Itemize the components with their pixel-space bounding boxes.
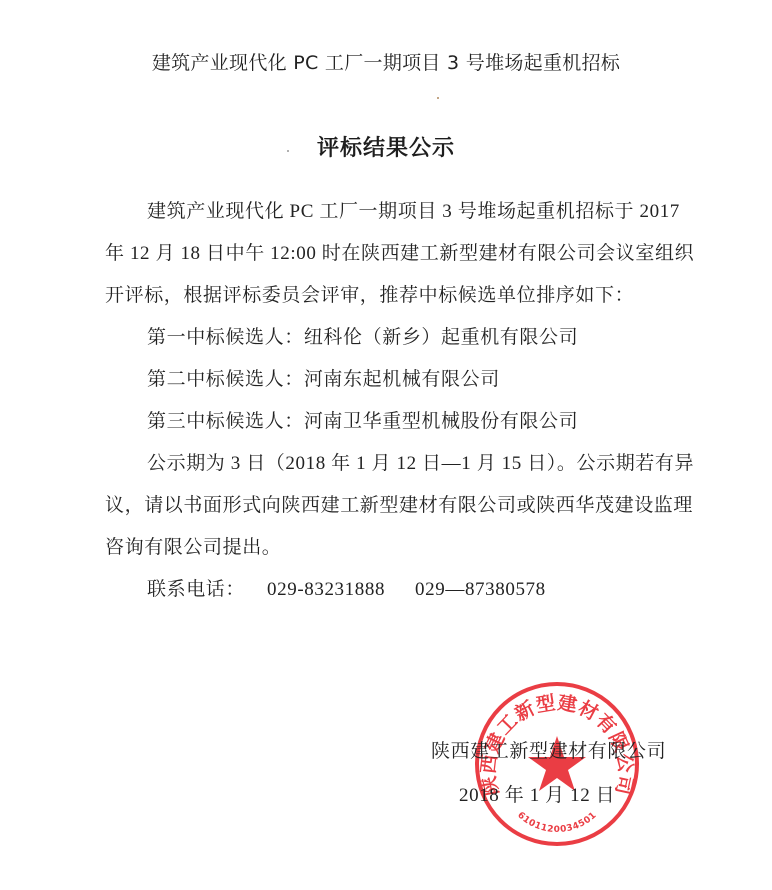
signature-date: 2018 年 1 月 12 日: [459, 780, 615, 807]
contact-phone-1: 029-83231888: [267, 579, 385, 600]
candidate-rank-label: 第三中标候选人：: [147, 411, 304, 432]
candidate-name: 河南东起机械有限公司: [304, 369, 500, 390]
candidate-3: 第三中标候选人：河南卫华重型机械股份有限公司: [147, 410, 578, 434]
document-heading: 评标结果公示: [0, 131, 772, 162]
svg-text:6101120034501: 6101120034501: [515, 810, 599, 835]
notice-line-1: 公示期为 3 日（2018 年 1 月 12 日—1 月 15 日）。公示期若有…: [147, 452, 694, 476]
company-seal-icon: 陕西建工新型建材有限公司 6101120034501: [471, 678, 643, 850]
intro-line-2: 年 12 月 18 日中午 12:00 时在陕西建工新型建材有限公司会议室组织: [105, 242, 694, 266]
intro-line-1: 建筑产业现代化 PC 工厂一期项目 3 号堆场起重机招标于 2017: [147, 200, 680, 224]
scan-speck: [437, 97, 439, 99]
contact-line: 联系电话：029-83231888029—87380578: [147, 578, 546, 602]
notice-line-2: 议，请以书面形式向陕西建工新型建材有限公司或陕西华茂建设监理: [105, 494, 693, 518]
candidate-name: 纽科伦（新乡）起重机有限公司: [304, 327, 578, 348]
candidate-rank-label: 第二中标候选人：: [147, 369, 304, 390]
document-title: 建筑产业现代化 PC 工厂一期项目 3 号堆场起重机招标: [0, 48, 772, 75]
candidate-2: 第二中标候选人：河南东起机械有限公司: [147, 368, 500, 392]
candidate-1: 第一中标候选人：纽科伦（新乡）起重机有限公司: [147, 326, 578, 350]
signature-organization: 陕西建工新型建材有限公司: [431, 736, 666, 763]
contact-label: 联系电话：: [147, 579, 245, 600]
candidate-rank-label: 第一中标候选人：: [147, 327, 304, 348]
contact-phone-2: 029—87380578: [415, 579, 546, 600]
candidate-name: 河南卫华重型机械股份有限公司: [304, 411, 578, 432]
intro-line-3: 开评标，根据评标委员会评审，推荐中标候选单位排序如下：: [105, 284, 634, 308]
notice-line-3: 咨询有限公司提出。: [105, 536, 281, 560]
